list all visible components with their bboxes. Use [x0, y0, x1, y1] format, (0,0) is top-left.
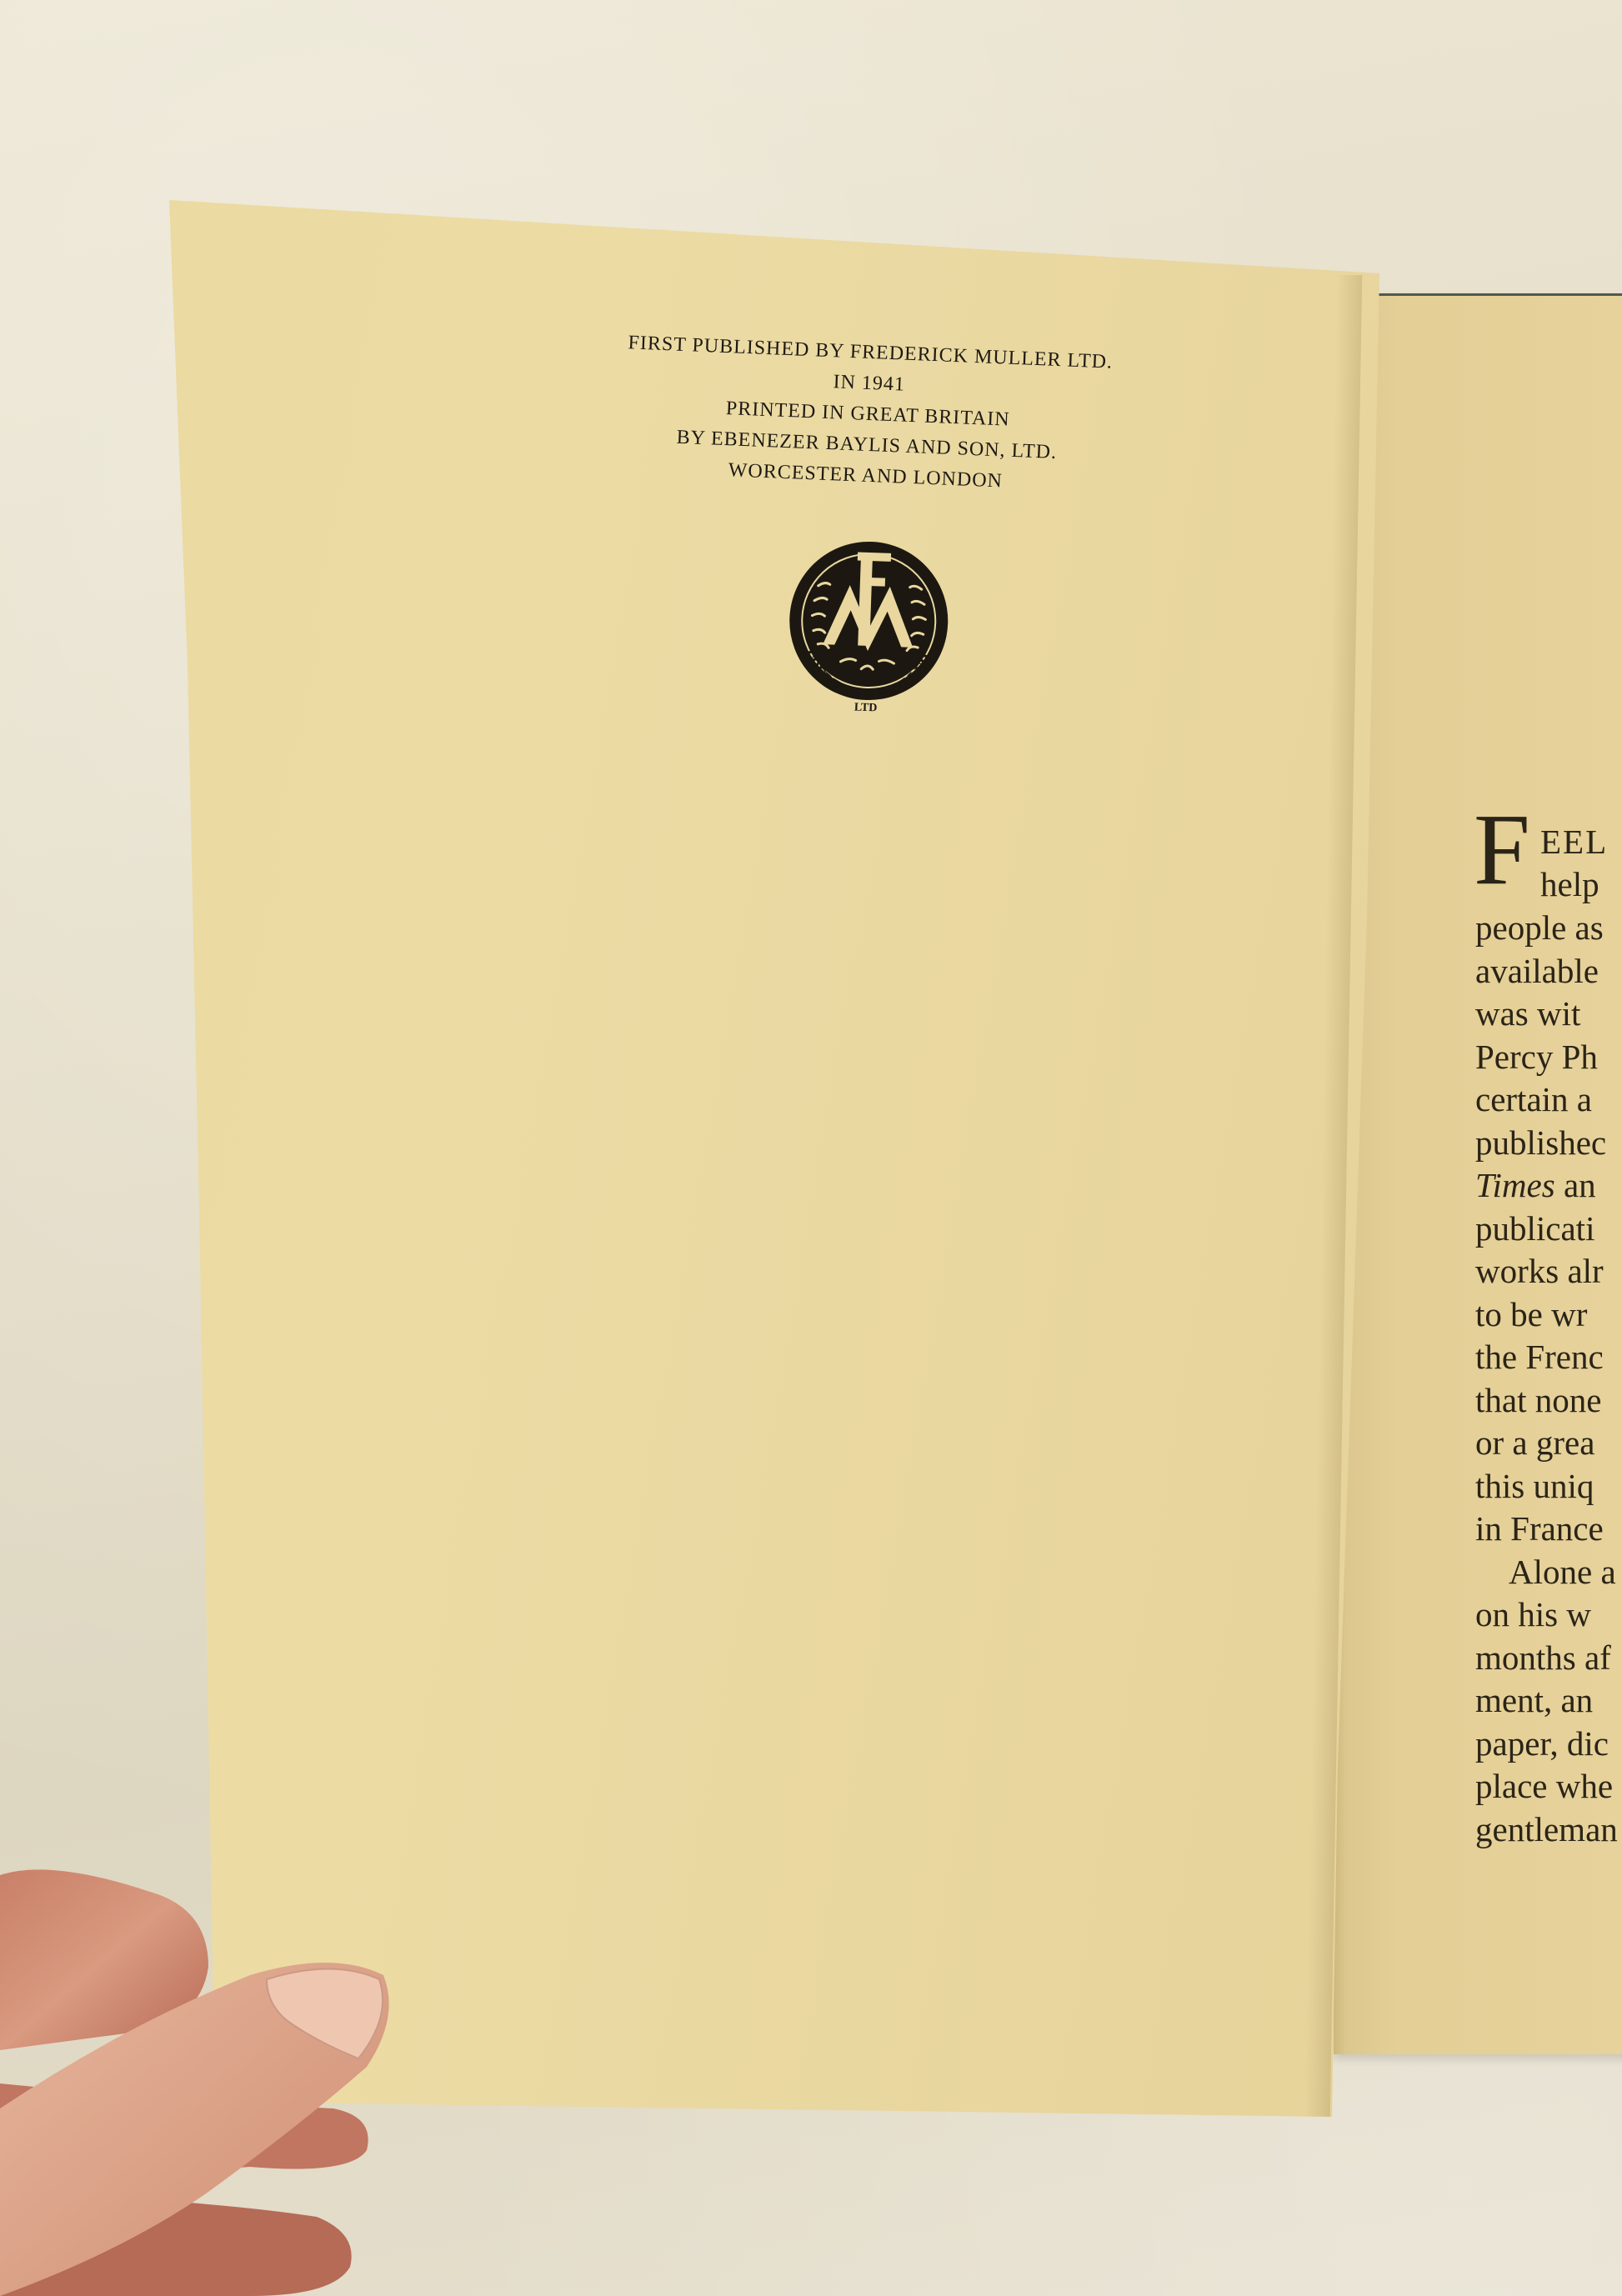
text-line: that none — [1475, 1379, 1622, 1423]
text-line: Alone a — [1475, 1551, 1622, 1594]
text-line: people as — [1475, 907, 1622, 950]
text-line: publishec — [1475, 1122, 1622, 1165]
right-book-page: F EEL help people as available was wit P… — [1334, 293, 1622, 2054]
text-line: place whe — [1475, 1765, 1622, 1808]
text-line: Percy Ph — [1475, 1036, 1622, 1079]
text-line: certain a — [1475, 1078, 1622, 1122]
text-line: paper, dic — [1475, 1723, 1622, 1766]
text-line: months af — [1475, 1637, 1622, 1680]
text-line: EEL — [1540, 821, 1608, 864]
text-line: the Frenc — [1475, 1336, 1622, 1379]
text-line: was wit — [1475, 993, 1622, 1036]
logo-sub-text: LTD — [854, 701, 878, 714]
text-line: or a grea — [1475, 1422, 1622, 1465]
text-line: ment, an — [1475, 1679, 1622, 1723]
hand-holding-book — [0, 1833, 583, 2296]
text-line: works alr — [1475, 1250, 1622, 1293]
text-line: publicati — [1475, 1208, 1622, 1251]
text-line: help — [1540, 863, 1599, 907]
italic-word: Times — [1475, 1166, 1555, 1204]
text-line: on his w — [1475, 1593, 1622, 1637]
publisher-wreath-logo-icon: FREDERICK MULLER LTD — [780, 534, 957, 719]
text-line: Times an — [1475, 1164, 1622, 1208]
drop-cap: F — [1474, 804, 1530, 896]
preface-text: F EEL help people as available was wit P… — [1475, 821, 1622, 1851]
text-line: gentleman — [1475, 1808, 1622, 1852]
text-line: in France — [1475, 1508, 1622, 1551]
text-line: this uniq — [1475, 1465, 1622, 1508]
text-line: to be wr — [1475, 1293, 1622, 1337]
text-line: available — [1475, 950, 1622, 993]
imprint-block: FIRST PUBLISHED BY FREDERICK MULLER LTD.… — [532, 324, 1204, 505]
